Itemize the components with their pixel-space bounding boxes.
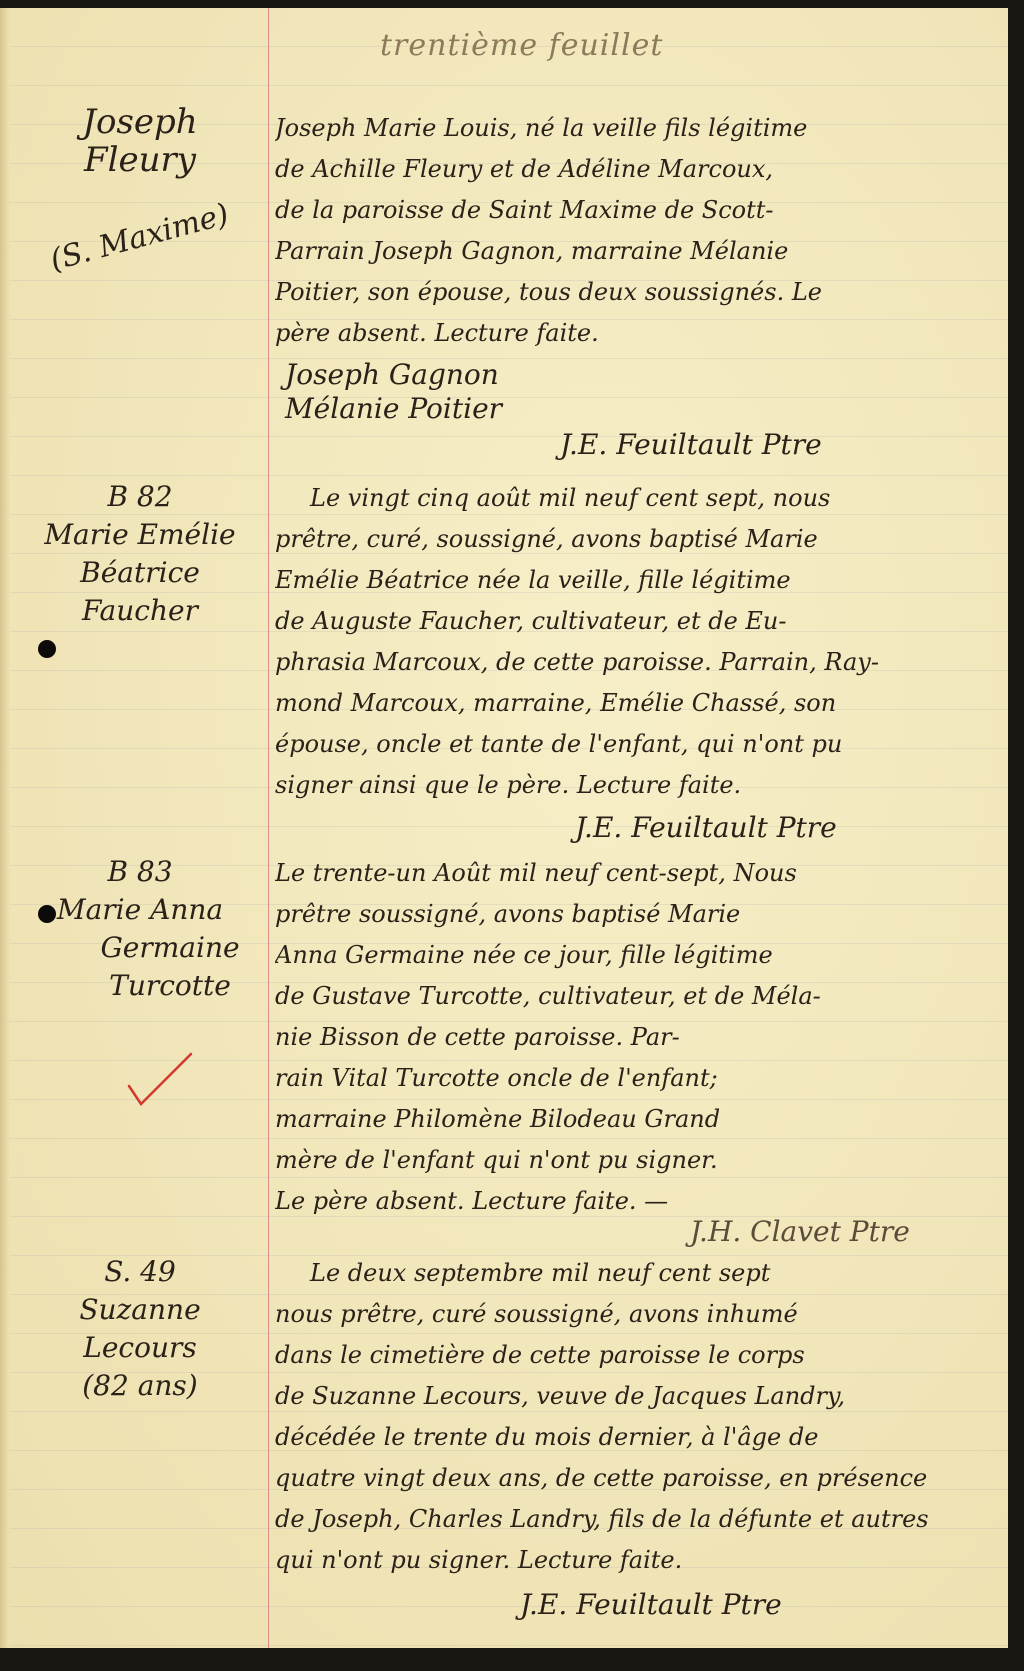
entry-margin: B 82 Marie Emélie Béatrice Faucher	[20, 478, 260, 630]
body-line: Le trente-un Août mil neuf cent-sept, No…	[275, 853, 995, 894]
body-line: de Achille Fleury et de Adéline Marcoux,	[275, 149, 995, 190]
entry-body: Le deux septembre mil neuf cent sept nou…	[275, 1253, 995, 1581]
body-line: père absent. Lecture faite.	[275, 313, 995, 354]
entry-margin: Joseph Fleury (S. Maxime)	[20, 103, 260, 257]
body-line: Emélie Béatrice née la veille, fille lég…	[275, 560, 995, 601]
body-line: de la paroisse de Saint Maxime de Scott-	[275, 190, 995, 231]
margin-name-line: Fleury	[20, 141, 260, 179]
margin-name-line: Germaine	[20, 929, 260, 967]
body-line: nie Bisson de cette paroisse. Par-	[275, 1017, 995, 1058]
margin-name-line: Béatrice	[20, 554, 260, 592]
officiant-signature: J.E. Feuiltault Ptre	[560, 428, 822, 461]
body-line: Le vingt cinq août mil neuf cent sept, n…	[275, 478, 995, 519]
binding-hole	[38, 640, 56, 658]
signature: Mélanie Poitier	[275, 392, 995, 426]
margin-rule	[268, 8, 269, 1648]
body-line: prêtre soussigné, avons baptisé Marie	[275, 894, 995, 935]
body-line: de Gustave Turcotte, cultivateur, et de …	[275, 976, 995, 1017]
entry-body: Le trente-un Août mil neuf cent-sept, No…	[275, 853, 995, 1222]
record-number: B 82	[20, 478, 260, 516]
record-number: S. 49	[20, 1253, 260, 1291]
body-line: mère de l'enfant qui n'ont pu signer.	[275, 1140, 995, 1181]
body-line: Joseph Marie Louis, né la veille fils lé…	[275, 108, 995, 149]
body-line: phrasia Marcoux, de cette paroisse. Parr…	[275, 642, 995, 683]
entry-body: Joseph Marie Louis, né la veille fils lé…	[275, 108, 995, 426]
entry-body: Le vingt cinq août mil neuf cent sept, n…	[275, 478, 995, 806]
margin-name-line: Turcotte	[20, 967, 260, 1005]
officiant-signature: J.H. Clavet Ptre	[690, 1215, 910, 1248]
margin-name-line: Joseph	[20, 103, 260, 141]
signatures: Joseph Gagnon Mélanie Poitier	[275, 358, 995, 426]
margin-name-line: Lecours	[20, 1329, 260, 1367]
check-mark-icon	[125, 1048, 195, 1108]
body-line: dans le cimetière de cette paroisse le c…	[275, 1335, 995, 1376]
register-page: trentième feuillet Joseph Fleury (S. Max…	[0, 8, 1008, 1648]
body-line: épouse, oncle et tante de l'enfant, qui …	[275, 724, 995, 765]
officiant-signature: J.E. Feuiltault Ptre	[520, 1588, 782, 1621]
body-line: nous prêtre, curé soussigné, avons inhum…	[275, 1294, 995, 1335]
entry-margin: B 83 Marie Anna Germaine Turcotte	[20, 853, 260, 1005]
body-line: marraine Philomène Bilodeau Grand	[275, 1099, 995, 1140]
margin-name-line: Marie Emélie	[20, 516, 260, 554]
body-line: décédée le trente du mois dernier, à l'â…	[275, 1417, 995, 1458]
officiant-signature: J.E. Feuiltault Ptre	[575, 811, 837, 844]
body-line: Parrain Joseph Gagnon, marraine Mélanie	[275, 231, 995, 272]
body-line: rain Vital Turcotte oncle de l'enfant;	[275, 1058, 995, 1099]
body-line: qui n'ont pu signer. Lecture faite.	[275, 1540, 995, 1581]
entry-margin: S. 49 Suzanne Lecours (82 ans)	[20, 1253, 260, 1405]
margin-name-line: Marie Anna	[20, 891, 260, 929]
body-line: de Joseph, Charles Landry, fils de la dé…	[275, 1499, 995, 1540]
page-edge	[0, 8, 10, 1648]
margin-note: (82 ans)	[20, 1367, 260, 1405]
record-number: B 83	[20, 853, 260, 891]
body-line: quatre vingt deux ans, de cette paroisse…	[275, 1458, 995, 1499]
body-line: prêtre, curé, soussigné, avons baptisé M…	[275, 519, 995, 560]
signature: Joseph Gagnon	[275, 358, 995, 392]
page-header: trentième feuillet	[380, 28, 663, 63]
body-line: Poitier, son épouse, tous deux soussigné…	[275, 272, 995, 313]
body-line: mond Marcoux, marraine, Emélie Chassé, s…	[275, 683, 995, 724]
body-line: signer ainsi que le père. Lecture faite.	[275, 765, 995, 806]
margin-name-line: Suzanne	[20, 1291, 260, 1329]
body-line: Anna Germaine née ce jour, fille légitim…	[275, 935, 995, 976]
body-line: de Auguste Faucher, cultivateur, et de E…	[275, 601, 995, 642]
body-line: Le deux septembre mil neuf cent sept	[275, 1253, 995, 1294]
margin-name-line: Faucher	[20, 592, 260, 630]
body-line: de Suzanne Lecours, veuve de Jacques Lan…	[275, 1376, 995, 1417]
